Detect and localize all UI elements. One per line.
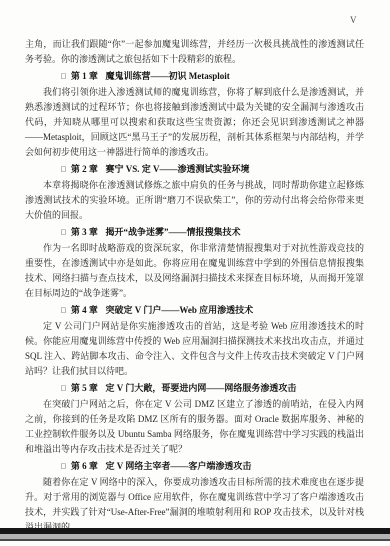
page-content: 主角，而让我们跟随“你”一起参加魔鬼训练营，并经历一次极具挑战性的渗透测试任务考… [25, 37, 364, 535]
chapter-2-paragraph: 本章将揭晓你在渗透测试修炼之旅中肩负的任务与挑战，同时帮助你建立起修炼渗透测试技… [25, 178, 364, 223]
chapter-bullet-icon: □ [43, 162, 66, 177]
chapter-4-paragraph: 定 V 公司门户网站是你实施渗透攻击的首站，这是考验 Web 应用渗透技术的时候… [25, 319, 364, 379]
chapter-1-heading: □第 1 章魔鬼训练营——初识 Metasploit [25, 69, 364, 84]
chapter-number: 第 6 章 [71, 461, 98, 471]
chapter-number: 第 1 章 [71, 71, 98, 81]
book-page: V 主角，而让我们跟随“你”一起参加魔鬼训练营，并经历一次极具挑战性的渗透测试任… [0, 0, 390, 546]
chapter-4-heading: □第 4 章突破定 V 门户——Web 应用渗透技术 [25, 303, 364, 318]
intro-paragraph: 主角，而让我们跟随“你”一起参加魔鬼训练营，并经历一次极具挑战性的渗透测试任务考… [25, 37, 364, 67]
chapter-6-paragraph: 随着你在定 V 网络中的深入，你要成功渗透攻击目标所需的技术难度也在逐步提升。对… [25, 475, 364, 535]
chapter-bullet-icon: □ [43, 303, 66, 318]
chapter-title: 赛宁 VS. 定 V——渗透测试实验环境 [106, 164, 250, 174]
chapter-number: 第 4 章 [71, 305, 98, 315]
chapter-number: 第 5 章 [71, 383, 98, 393]
page-bottom-scan-edge-dark [0, 539, 390, 541]
chapter-title: 定 V 门大敞，哥要进内网——网络服务渗透攻击 [106, 383, 297, 393]
chapter-5-paragraph: 在突破门户网站之后，你在定 V 公司 DMZ 区建立了渗透的前哨站，在侵入内网之… [25, 397, 364, 457]
chapter-6-heading: □第 6 章定 V 网络主宰者——客户端渗透攻击 [25, 459, 364, 474]
chapter-bullet-icon: □ [43, 459, 66, 474]
chapter-3-paragraph: 作为一名即时战略游戏的资深玩家，你非常清楚情报搜集对于对抗性游戏竞技的重要性，在… [25, 241, 364, 301]
chapter-title: 突破定 V 门户——Web 应用渗透技术 [106, 305, 254, 315]
chapter-3-heading: □第 3 章揭开“战争迷雾”——情报搜集技术 [25, 225, 364, 240]
chapter-5-heading: □第 5 章定 V 门大敞，哥要进内网——网络服务渗透攻击 [25, 381, 364, 396]
chapter-bullet-icon: □ [43, 69, 66, 84]
chapter-title: 魔鬼训练营——初识 Metasploit [106, 71, 230, 81]
chapter-number: 第 2 章 [71, 164, 98, 174]
chapter-title: 定 V 网络主宰者——客户端渗透攻击 [106, 461, 252, 471]
chapter-2-heading: □第 2 章赛宁 VS. 定 V——渗透测试实验环境 [25, 162, 364, 177]
chapter-number: 第 3 章 [71, 227, 98, 237]
chapter-bullet-icon: □ [43, 381, 66, 396]
page-number: V [350, 15, 357, 25]
chapter-title: 揭开“战争迷雾”——情报搜集技术 [106, 227, 241, 237]
chapter-1-paragraph: 我们将引领你进入渗透测试师的魔鬼训练营，你将了解到底什么是渗透测试，并熟悉渗透测… [25, 85, 364, 160]
chapter-bullet-icon: □ [43, 225, 66, 240]
